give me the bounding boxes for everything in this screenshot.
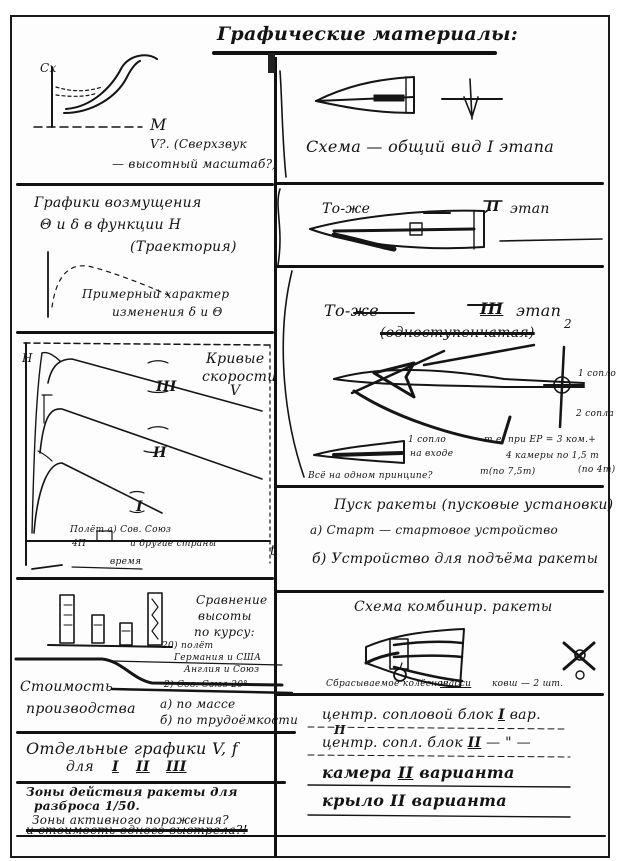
stage-iii-footnote: Всё на одном принципе? bbox=[308, 471, 433, 481]
compare-note-6: Англия и Союз bbox=[184, 665, 259, 675]
launch-heading: Пуск ракеты (пусковые установки) bbox=[334, 497, 613, 513]
curves-bottom-note-1: Полёт а) Сов. Союз bbox=[70, 525, 171, 535]
small-rocket-label-2: на входе bbox=[410, 449, 453, 459]
cost-item-a: а) по массе bbox=[160, 697, 235, 711]
curve-label-ii: II bbox=[153, 445, 167, 461]
t-axis-label: t bbox=[270, 543, 276, 559]
stage-iii-note-2: 4 камеры по 1,5 т bbox=[506, 451, 599, 461]
vf-graphs-heading: Отдельные графики V, f bbox=[26, 739, 238, 758]
nozzle-label-2: 2 сопла bbox=[576, 409, 614, 419]
left-separator-5 bbox=[16, 781, 286, 784]
stage-ii-rocket-sketch bbox=[274, 187, 614, 267]
launch-item-a: а) Старт — стартовое устройство bbox=[310, 523, 558, 537]
cx-axis-label: Cx bbox=[40, 61, 57, 75]
vf-graphs-for: для bbox=[66, 759, 94, 775]
stage-i-rocket-sketch bbox=[274, 57, 614, 182]
stage-iii-note-3: (по 4т) bbox=[578, 465, 615, 475]
curve-label-i: I bbox=[136, 499, 143, 515]
small-rocket-label-1: 1 сопло bbox=[408, 435, 446, 445]
combined-label-2: шасси bbox=[440, 679, 471, 689]
section2-heading-1: Графики возмущения bbox=[34, 195, 202, 211]
combined-rocket-caption: Схема комбинир. ракеты bbox=[354, 599, 553, 615]
vf-stage-iii: III bbox=[166, 759, 187, 775]
variants-rule-lines bbox=[274, 703, 614, 833]
zones-line-2: разброса 1/50. bbox=[34, 799, 140, 813]
nozzle-label-1: 1 сопло bbox=[578, 369, 616, 379]
compare-note-4: 20) полёт bbox=[162, 641, 213, 651]
stage-i-caption: Схема — общий вид I этапа bbox=[306, 137, 554, 156]
cost-heading-2: производства bbox=[26, 701, 136, 717]
stage-iii-note-1: т.е. при ЕР = 3 ком.+ bbox=[484, 435, 596, 445]
page-title: Графические материалы: bbox=[217, 23, 518, 45]
left-separator-4 bbox=[16, 731, 296, 734]
vf-stage-i: I bbox=[112, 759, 119, 775]
compare-note-2: высоты bbox=[198, 609, 252, 623]
velocity-label-3: V bbox=[230, 383, 240, 399]
combined-label-3: ковш — 2 шт. bbox=[492, 679, 563, 689]
compare-note-5: Германия и США bbox=[174, 653, 261, 663]
stage-iii-note-4: т(по 7,5т) bbox=[480, 467, 535, 477]
section2-note-2: изменения δ и Θ bbox=[112, 305, 223, 319]
curve-label-iii: III bbox=[156, 379, 177, 395]
section2-heading-2: Θ и δ в функции H bbox=[40, 217, 181, 233]
zones-line-1: Зоны действия ракеты для bbox=[26, 785, 238, 799]
combined-label-1: Сбрасываемое колёсное bbox=[326, 679, 449, 689]
curves-bottom-note-2: и другие страны bbox=[130, 539, 216, 549]
right-separator-1 bbox=[274, 182, 604, 185]
zones-line-4-struck: и стоимость одного выстрела?! bbox=[26, 823, 248, 837]
cost-heading-1: Стоимость bbox=[20, 679, 113, 695]
section1-caption-2: — высотный масштаб?) bbox=[112, 157, 277, 171]
right-separator-5 bbox=[274, 693, 604, 696]
h-axis-label: H bbox=[22, 351, 33, 365]
right-separator-4 bbox=[274, 590, 604, 593]
compare-note-7: 2) Сов. Союз 20° bbox=[164, 680, 248, 690]
compare-note-3: по курсу: bbox=[194, 625, 255, 639]
curves-time-note: время bbox=[110, 557, 141, 567]
compare-note-1: Сравнение bbox=[196, 593, 267, 607]
velocity-label-1: Кривые bbox=[206, 351, 264, 367]
mach-axis-label: M bbox=[150, 115, 167, 134]
vf-stage-ii: II bbox=[136, 759, 150, 775]
section2-note-1: Примерный характер bbox=[82, 287, 229, 301]
document-sheet: Графические материалы: Cx M V?. (Сверхзв… bbox=[10, 15, 610, 858]
section1-caption-1: V?. (Сверхзвук bbox=[150, 137, 247, 151]
launch-item-b: б) Устройство для подъёма ракеты bbox=[312, 551, 598, 567]
curves-mark-4p: 4П bbox=[72, 539, 86, 549]
